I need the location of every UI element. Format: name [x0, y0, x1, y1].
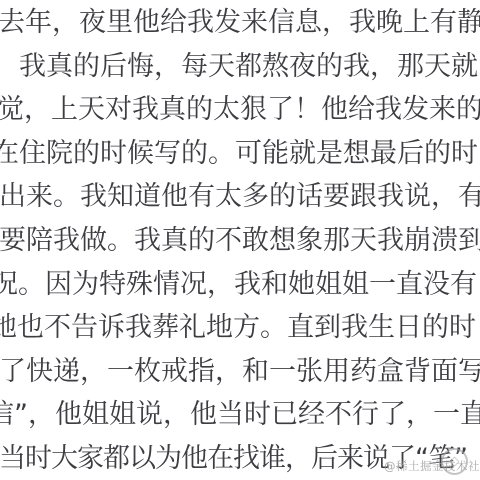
story-line: 她也不告诉我葬礼地方。直到我生日的时: [0, 306, 480, 350]
story-line: ，我真的后悔，每天都熬夜的我，那天就: [0, 45, 480, 89]
story-line: 了快递，一枚戒指，和一张用药盒背面写: [0, 350, 480, 394]
story-line: 况。因为特殊情况，我和她姐姐一直没有: [0, 263, 480, 307]
watermark: @稀土掘金技术社区: [384, 458, 480, 474]
story-line: 出来。我知道他有太多的话要跟我说，有: [0, 175, 480, 219]
story-text: 去年，夜里他给我发来信息，我晚上有静 ，我真的后悔，每天都熬夜的我，那天就 觉，…: [0, 1, 480, 480]
text-post-screenshot: 去年，夜里他给我发来信息，我晚上有静 ，我真的后悔，每天都熬夜的我，那天就 觉，…: [0, 0, 480, 480]
story-line: 要陪我做。我真的不敢想象那天我崩溃到: [0, 219, 480, 263]
story-line: 信”，他姐姐说，他当时已经不行了，一直: [0, 393, 480, 437]
story-line: 去年，夜里他给我发来信息，我晚上有静: [0, 1, 480, 45]
story-line: 觉，上天对我真的太狠了！他给我发来的: [0, 88, 480, 132]
story-line: 在住院的时候写的。可能就是想最后的时: [0, 132, 480, 176]
